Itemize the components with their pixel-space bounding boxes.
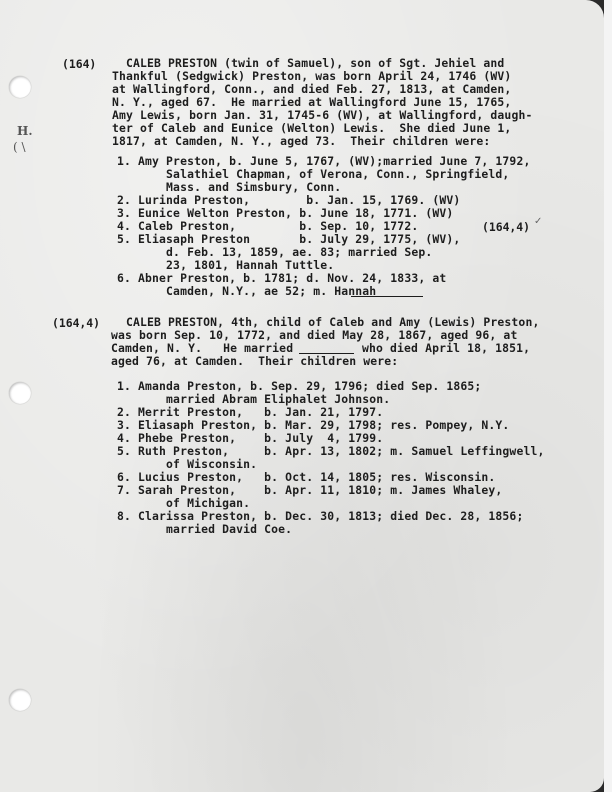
entry-ref-164: (164) [62,57,96,71]
check-mark-icon: ✓ [534,216,542,227]
binder-hole-middle [9,382,31,404]
child-line: married David Coe. [117,523,292,536]
margin-scribble: ( \ [13,140,26,154]
page-edge [604,0,612,792]
binder-hole-bottom [9,689,31,711]
blank-surname [351,296,423,297]
cross-ref-164-4: (164,4) [482,220,530,234]
entry-164-line: 1817, at Camden, N. Y., aged 73. Their c… [112,135,490,148]
child-line: Camden, N.Y., ae 52; m. Hannah [117,285,376,298]
entry-164-4-line: aged 76, at Camden. Their children were: [111,355,398,368]
binder-hole-top [9,76,31,98]
margin-initial: H. [17,124,33,138]
document-page: H. ( \ (164) CALEB PRESTON (twin of Samu… [0,0,604,792]
entry-ref-164-4: (164,4) [52,316,100,330]
